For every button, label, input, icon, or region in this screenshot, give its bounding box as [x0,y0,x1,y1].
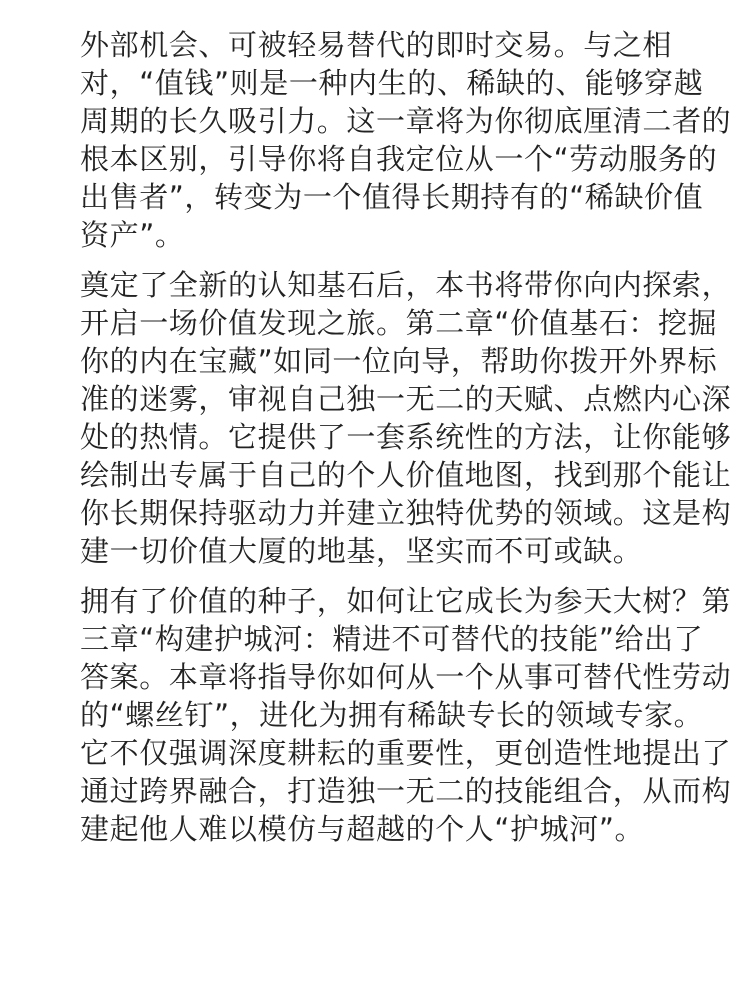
text-line: 处的热情。它提供了一套系统性的方法，让你能够 [80,418,680,456]
text-line: 你长期保持驱动力并建立独特优势的领域。这是构 [80,494,680,532]
text-line: 建起他人难以模仿与超越的个人“护城河”。 [80,810,680,848]
text-line: 开启一场价值发现之旅。第二章“价值基石：挖掘 [80,304,680,342]
document-body: 外部机会、可被轻易替代的即时交易。与之相 对，“值钱”则是一种内生的、稀缺的、能… [80,26,680,860]
paragraph-3: 拥有了价值的种子，如何让它成长为参天大树？第 三章“构建护城河：精进不可替代的技… [80,582,680,848]
text-line: 外部机会、可被轻易替代的即时交易。与之相 [80,26,680,64]
text-line: 周期的长久吸引力。这一章将为你彻底厘清二者的 [80,102,680,140]
text-line: 绘制出专属于自己的个人价值地图，找到那个能让 [80,456,680,494]
paragraph-2: 奠定了全新的认知基石后，本书将带你向内探索， 开启一场价值发现之旅。第二章“价值… [80,266,680,570]
text-line: 准的迷雾，审视自己独一无二的天赋、点燃内心深 [80,380,680,418]
text-line: 你的内在宝藏”如同一位向导，帮助你拨开外界标 [80,342,680,380]
text-line: 答案。本章将指导你如何从一个从事可替代性劳动 [80,658,680,696]
text-line: 对，“值钱”则是一种内生的、稀缺的、能够穿越 [80,64,680,102]
text-line: 资产”。 [80,216,680,254]
paragraph-1: 外部机会、可被轻易替代的即时交易。与之相 对，“值钱”则是一种内生的、稀缺的、能… [80,26,680,254]
text-line: 三章“构建护城河：精进不可替代的技能”给出了 [80,620,680,658]
text-line: 通过跨界融合，打造独一无二的技能组合，从而构 [80,772,680,810]
text-line: 奠定了全新的认知基石后，本书将带你向内探索， [80,266,680,304]
text-line: 根本区别，引导你将自我定位从一个“劳动服务的 [80,140,680,178]
text-line: 出售者”，转变为一个值得长期持有的“稀缺价值 [80,178,680,216]
text-line: 建一切价值大厦的地基，坚实而不可或缺。 [80,532,680,570]
text-line: 的“螺丝钉”，进化为拥有稀缺专长的领域专家。 [80,696,680,734]
text-line: 拥有了价值的种子，如何让它成长为参天大树？第 [80,582,680,620]
text-line: 它不仅强调深度耕耘的重要性，更创造性地提出了 [80,734,680,772]
